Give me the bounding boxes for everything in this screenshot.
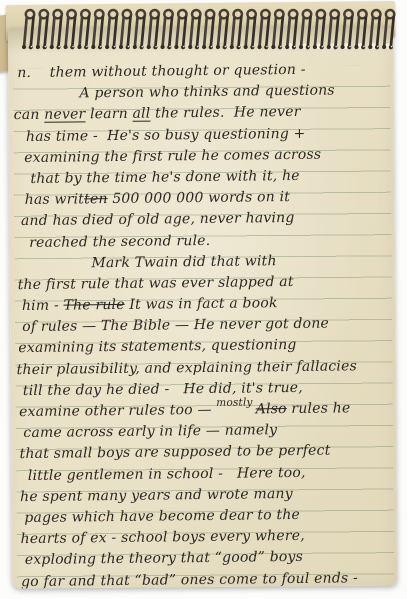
spiral-binding-icon [0, 0, 407, 64]
handwriting-line: go far and that “bad” ones come to foul … [21, 567, 397, 588]
notepad-page: n. them without thought or question -A p… [8, 25, 397, 588]
photo-background: n. them without thought or question -A p… [0, 0, 407, 599]
handwriting-line: their plausibility, and explaining their… [17, 355, 396, 380]
handwriting-text: n. them without thought or question -A p… [8, 59, 397, 589]
handwriting-line: examine other rules too — mostlyAlso rul… [19, 398, 396, 423]
